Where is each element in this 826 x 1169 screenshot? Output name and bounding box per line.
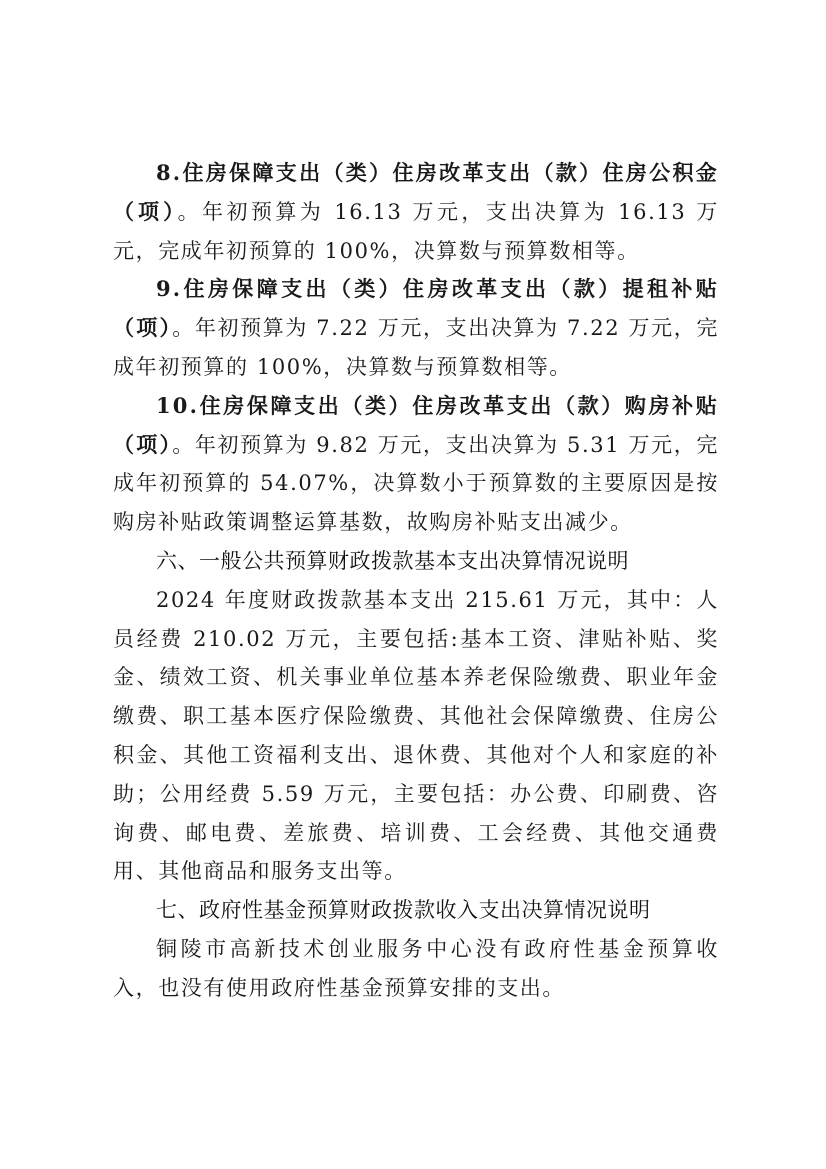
item-8-body: 。年初预算为 16.13 万元，支出决算为 16.13 万元，完成年初预算的 1… bbox=[113, 200, 719, 263]
section-7-body: 铜陵市高新技术创业服务中心没有政府性基金预算收入，也没有使用政府性基金预算安排的… bbox=[113, 930, 719, 1008]
section-6-body: 2024 年度财政拨款基本支出 215.61 万元，其中：人员经费 210.02… bbox=[113, 581, 719, 891]
section-6-heading: 六、一般公共预算财政拨款基本支出决算情况说明 bbox=[113, 542, 719, 581]
item-9-body: 。年初预算为 7.22 万元，支出决算为 7.22 万元，完成年初预算的 100… bbox=[113, 316, 719, 379]
item-8-paragraph: 8.住房保障支出（类）住房改革支出（款）住房公积金（项）。年初预算为 16.13… bbox=[113, 154, 719, 270]
document-page: 8.住房保障支出（类）住房改革支出（款）住房公积金（项）。年初预算为 16.13… bbox=[113, 154, 719, 1008]
section-7-heading: 七、政府性基金预算财政拨款收入支出决算情况说明 bbox=[113, 891, 719, 930]
item-10-paragraph: 10.住房保障支出（类）住房改革支出（款）购房补贴（项）。年初预算为 9.82 … bbox=[113, 387, 719, 542]
item-9-paragraph: 9.住房保障支出（类）住房改革支出（款）提租补贴（项）。年初预算为 7.22 万… bbox=[113, 270, 719, 386]
item-10-body: 。年初预算为 9.82 万元，支出决算为 5.31 万元，完成年初预算的 54.… bbox=[113, 433, 719, 535]
